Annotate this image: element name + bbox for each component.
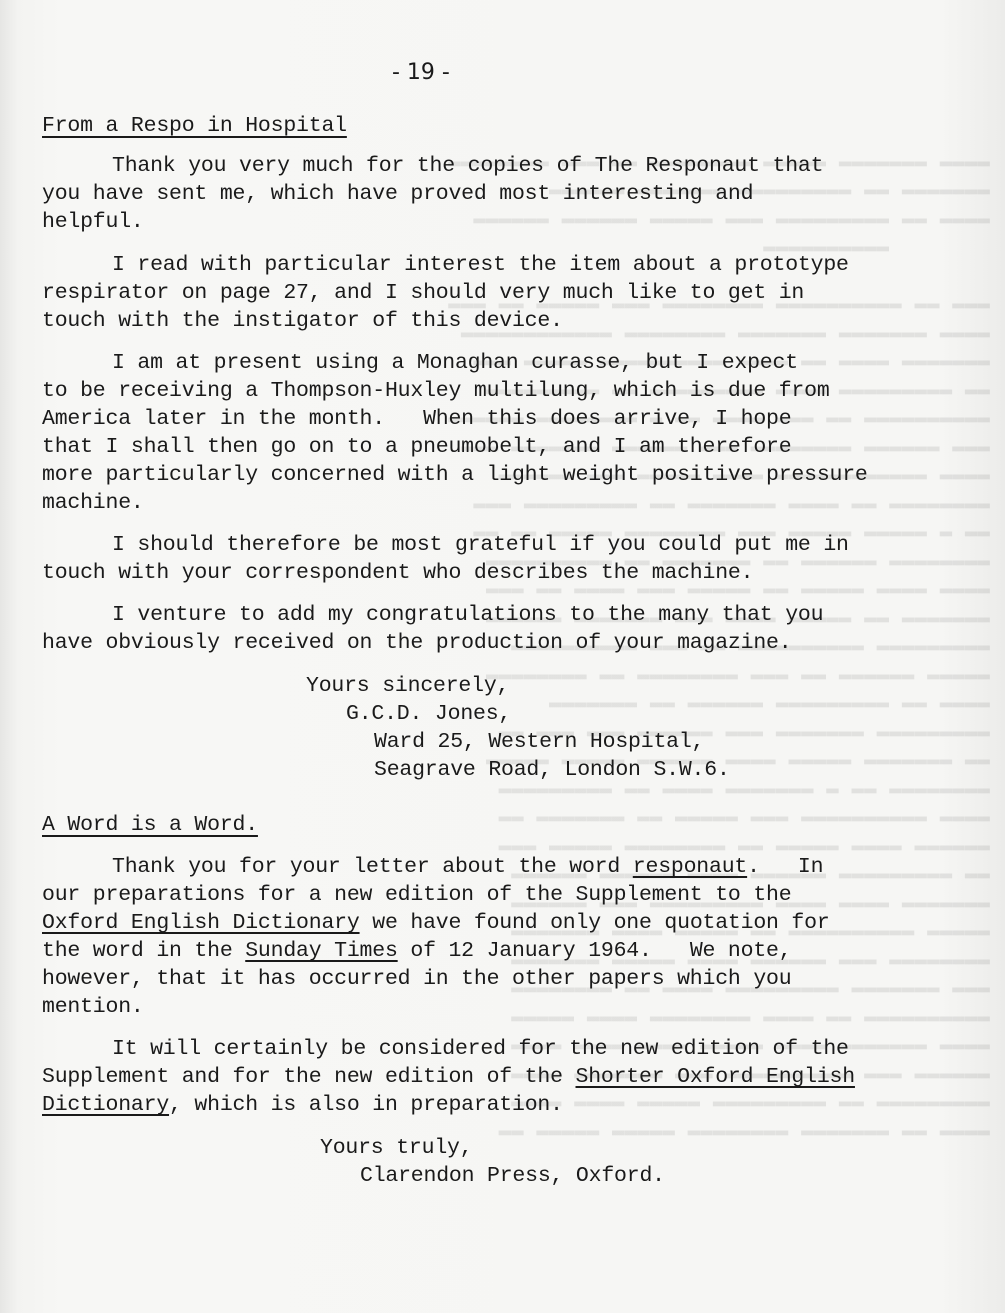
letter1-p1-line: Thank you very much for the copies of Th… [112, 156, 823, 178]
letter1-p3-line: machine. [42, 493, 144, 515]
letter1-p3-line: to be receiving a Thompson-Huxley multil… [42, 381, 830, 403]
text: . In [747, 855, 823, 879]
text: , which is also in preparation. [169, 1093, 563, 1117]
underlined-word-responaut: responaut [633, 855, 747, 879]
letter1-p4-line: I should therefore be most grateful if y… [112, 535, 849, 557]
letter1-address-line: Seagrave Road, London S.W.6. [374, 760, 730, 782]
letter2-p1-line: mention. [42, 997, 144, 1019]
text: we have found only one quotation for [360, 911, 830, 935]
text: the word in the [42, 939, 245, 963]
text: of 12 January 1964. We note, [398, 939, 792, 963]
underlined-title-oed: Oxford English Dictionary [42, 911, 360, 935]
letter1-p5-line: I venture to add my congratulations to t… [112, 605, 823, 627]
letter1-p5-line: have obviously received on the productio… [42, 633, 791, 655]
letter2-heading: A Word is a Word. [42, 815, 258, 837]
letter1-p1-line: you have sent me, which have proved most… [42, 184, 753, 206]
letter2-signature: Clarendon Press, Oxford. [360, 1166, 665, 1188]
letter1-p3-line: that I shall then go on to a pneumobelt,… [42, 437, 791, 459]
letter2-p2-line: Dictionary, which is also in preparation… [42, 1095, 563, 1117]
letter2-p1-line: Oxford English Dictionary we have found … [42, 913, 830, 935]
underlined-title-shorter-oed: Shorter Oxford English [576, 1065, 855, 1089]
letter1-signature: G.C.D. Jones, [346, 704, 511, 726]
letter1-address-line: Ward 25, Western Hospital, [374, 732, 704, 754]
letter2-closing: Yours truly, [320, 1138, 472, 1160]
document-page: ▬▬▬▬ ▬▬▬▬▬▬▬ ▬▬▬▬▬ ▬▬▬▬▬▬▬▬ ▬▬ ▬▬▬ ▬▬▬▬▬… [0, 0, 1005, 1313]
letter1-p4-line: touch with your correspondent who descri… [42, 563, 753, 585]
text: Supplement and for the new edition of th… [42, 1065, 576, 1089]
letter1-p1-line: helpful. [42, 212, 144, 234]
letter2-p1-line: the word in the Sunday Times of 12 Janua… [42, 941, 791, 963]
letter1-p3-line: America later in the month. When this do… [42, 409, 791, 431]
letter1-p2-line: I read with particular interest the item… [112, 255, 849, 277]
letter2-p2-line: Supplement and for the new edition of th… [42, 1067, 855, 1089]
letter1-p3-line: more particularly concerned with a light… [42, 465, 868, 487]
letter2-p1-line: Thank you for your letter about the word… [112, 857, 823, 879]
letter1-p2-line: respirator on page 27, and I should very… [42, 283, 804, 305]
letter1-heading: From a Respo in Hospital [42, 116, 347, 138]
letter1-p3-line: I am at present using a Monaghan curasse… [112, 353, 798, 375]
letter2-p1-line: our preparations for a new edition of th… [42, 885, 791, 907]
letter1-closing: Yours sincerely, [306, 676, 509, 698]
underlined-title-dictionary: Dictionary [42, 1093, 169, 1117]
letter2-p1-line: however, that it has occurred in the oth… [42, 969, 791, 991]
page-number: - 19 - [392, 60, 450, 85]
letter2-p2-line: It will certainly be considered for the … [112, 1039, 849, 1061]
underlined-title-sunday-times: Sunday Times [245, 939, 397, 963]
letter1-p2-line: touch with the instigator of this device… [42, 311, 563, 333]
text: Thank you for your letter about the word [112, 855, 633, 879]
